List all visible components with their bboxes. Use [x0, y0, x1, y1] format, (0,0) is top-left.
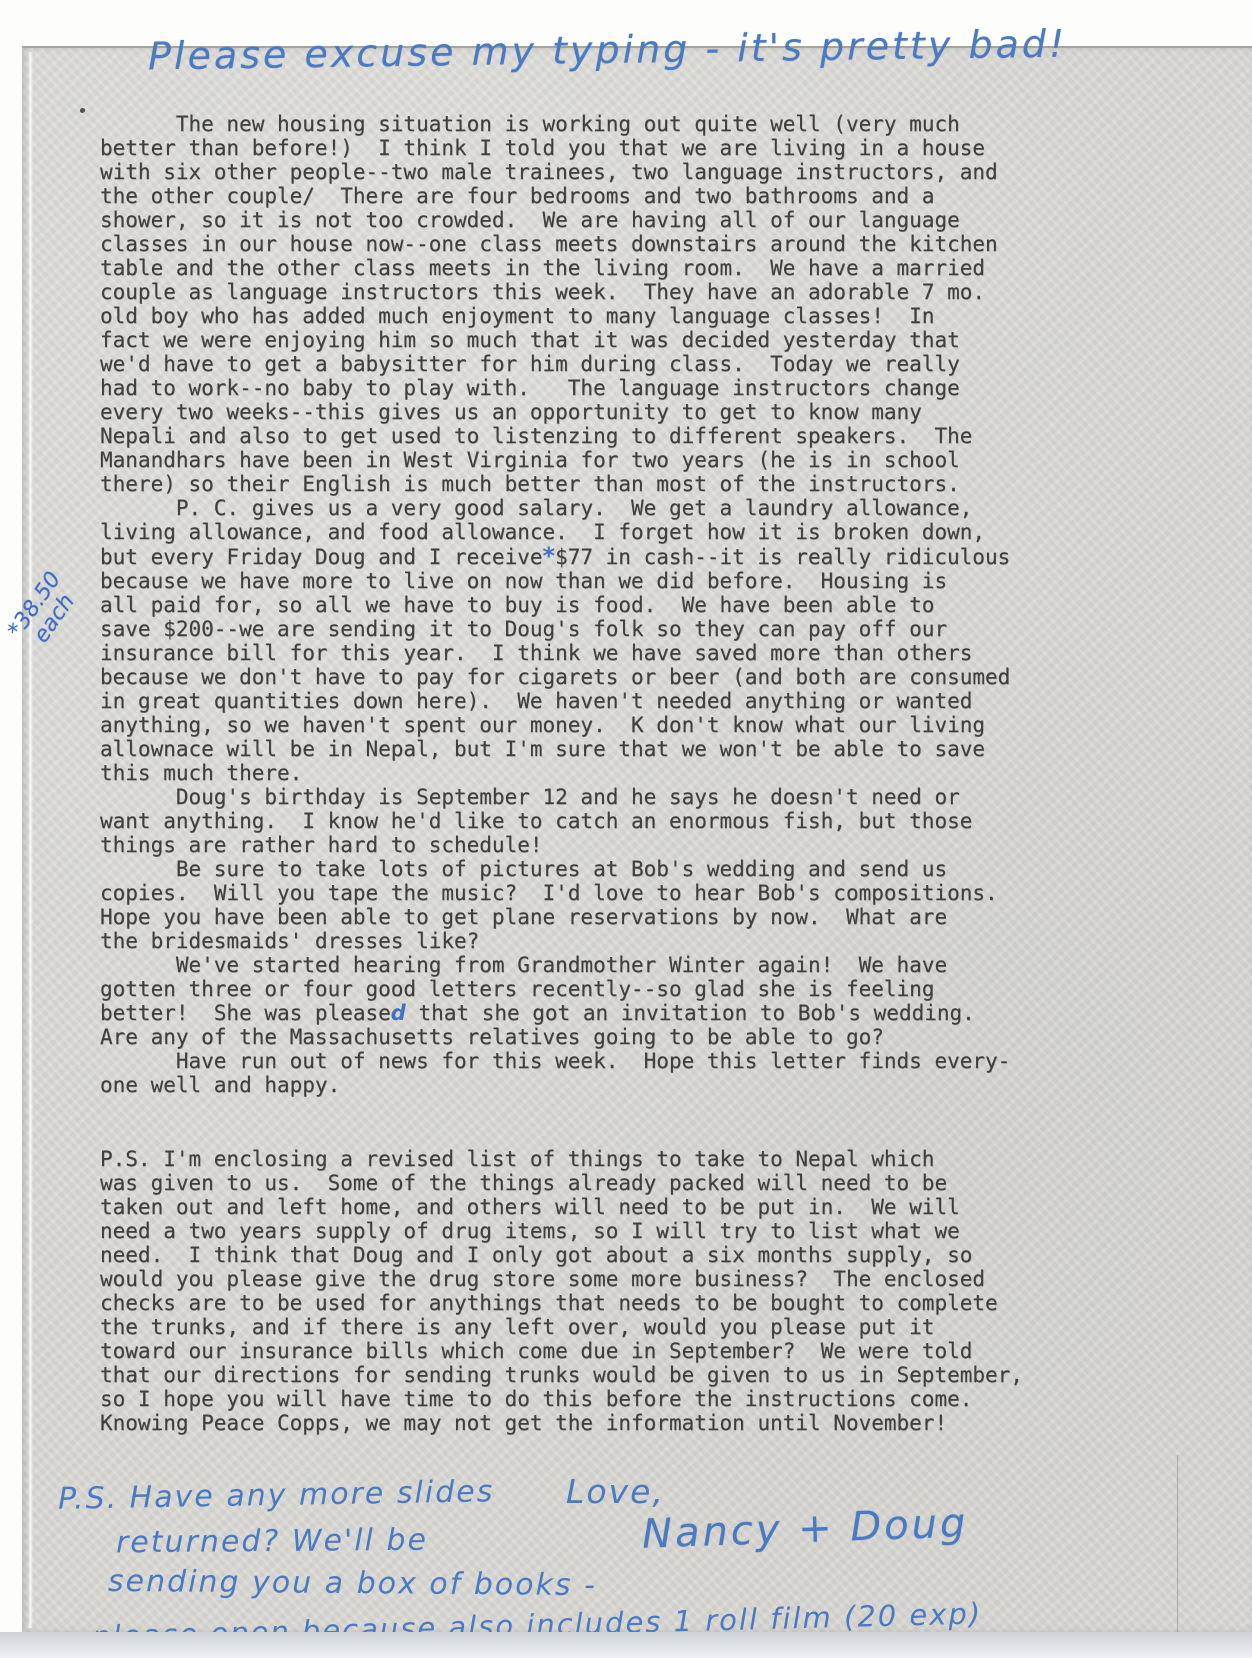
- scanned-letter-page: Please excuse my typing - it's pretty ba…: [0, 0, 1252, 1658]
- handwritten-asterisk-annotation: *: [543, 542, 556, 570]
- salary-line-with-asterisk: but every Friday Doug and I receive*$77 …: [100, 544, 1170, 569]
- scanner-bottom-edge: [0, 1632, 1252, 1658]
- grandmother-line-with-insert: better! She was pleased that she got an …: [100, 1001, 1170, 1025]
- paper-right-crease: [1177, 1455, 1178, 1632]
- paragraph-wedding: Be sure to take lots of pictures at Bob'…: [100, 857, 1170, 953]
- paragraph-salary-start: P. C. gives us a very good salary. We ge…: [100, 496, 1170, 544]
- handwritten-ps-line-3: sending you a box of books -: [108, 1564, 597, 1603]
- handwritten-inserted-d: d: [391, 1001, 406, 1025]
- grandmother-line-seg2: that she got an invitation to Bob's wedd…: [406, 1001, 975, 1025]
- grandmother-line-seg1: better! She was please: [100, 1001, 391, 1025]
- salary-line-seg2: $77 in cash--it is really ridiculous: [555, 545, 1010, 569]
- valediction: Love,: [566, 1472, 665, 1511]
- paragraph-salary-rest: because we have more to live on now than…: [100, 569, 1170, 785]
- salary-line-seg1: but every Friday Doug and I receive: [100, 545, 543, 569]
- paragraph-closing: Have run out of news for this week. Hope…: [100, 1049, 1170, 1097]
- paragraph-ps-typed: P.S. I'm enclosing a revised list of thi…: [100, 1147, 1170, 1435]
- typed-letter-body: The new housing situation is working out…: [100, 112, 1170, 1435]
- paragraph-grandmother-start: We've started hearing from Grandmother W…: [100, 953, 1170, 1001]
- paragraph-housing: The new housing situation is working out…: [100, 112, 1170, 496]
- paper-crease: [28, 52, 33, 1628]
- handwritten-ps-line-2: returned? We'll be: [116, 1523, 428, 1561]
- paragraph-birthday: Doug's birthday is September 12 and he s…: [100, 785, 1170, 857]
- paragraph-grandmother-rest: Are any of the Massachusetts relatives g…: [100, 1025, 1170, 1049]
